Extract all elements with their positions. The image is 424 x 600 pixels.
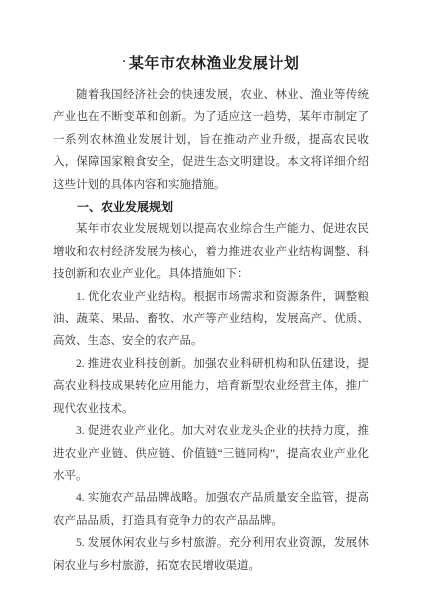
section-heading-agriculture-plan: 一、农业发展规划 [53, 196, 369, 218]
list-item-5: 5. 发展休闲农业与乡村旅游。充分利用农业资源，发展休闲农业与乡村旅游，拓宽农民… [53, 532, 369, 577]
intro-paragraph: 随着我国经济社会的快速发展，农业、林业、渔业等传统产业也在不断变革和创新。为了适… [53, 84, 369, 196]
section-lead-paragraph: 某年市农业发展规划以提高农业综合生产能力、促进农民增收和农村经济发展为核心，着力… [53, 218, 369, 285]
document-body: 随着我国经济社会的快速发展，农业、林业、渔业等传统产业也在不断变革和创新。为了适… [53, 84, 369, 577]
list-item-1: 1. 优化农业产业结构。根据市场需求和资源条件，调整粮油、蔬菜、果品、畜牧、水产… [53, 286, 369, 353]
list-item-2: 2. 推进农业科技创新。加强农业科研机构和队伍建设，提高农业科技成果转化应用能力… [53, 353, 369, 420]
list-item-4: 4. 实施农产品品牌战略。加强农产品质量安全监管，提高农产品品质，打造具有竞争力… [53, 487, 369, 532]
document-title-text: 某年市农林渔业发展计划 [129, 55, 300, 72]
title-dot-mark: · [123, 56, 127, 68]
list-item-3: 3. 促进农业产业化。加大对农业龙头企业的扶持力度，推进农业产业链、供应链、价值… [53, 420, 369, 487]
document-page: ·某年市农林渔业发展计划 随着我国经济社会的快速发展，农业、林业、渔业等传统产业… [0, 0, 424, 600]
document-title: ·某年市农林渔业发展计划 [53, 49, 369, 77]
